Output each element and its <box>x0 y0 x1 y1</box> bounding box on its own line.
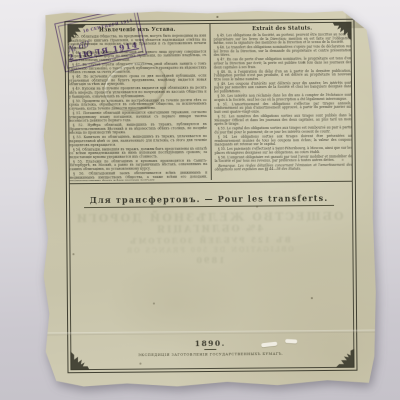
year-label: 1890. <box>43 338 377 350</box>
statute-paragraph: § 55. Платежи по облигаціямъ и купонамъ … <box>70 159 208 172</box>
column-divider <box>209 24 211 180</box>
statute-paragraph: § 45. Les obligations de la Société, au … <box>213 33 351 46</box>
paper-sheet: Извлеченіе изъ Устава. § 45. Облигаціи О… <box>40 9 377 390</box>
statute-paragraph: § 49. Les coupons d'intérêts sont délivr… <box>213 81 351 94</box>
statutes-column-french: Extrait des Statuts. § 45. Les obligatio… <box>213 23 352 180</box>
statute-paragraph: § 51. Погашеніе облигацій производится е… <box>69 110 207 123</box>
paragraphs-french: § 45. Les obligations de la Société, au … <box>213 33 352 172</box>
statute-paragraph: § 53. Капиталъ по облигаціямъ, вышедшимъ… <box>69 135 207 148</box>
statute-paragraph: § 48. Si, à l'expiration du délai d'un a… <box>213 69 351 82</box>
footer-block: 1890. ЭКСПЕДИЦІЯ ЗАГОТОВЛЕНІЯ ГОСУДАРСТВ… <box>43 338 377 361</box>
ghost-line: 1890 <box>42 254 376 267</box>
show-through-ghost-text: ОБЩЕСТВО ЖЕЛѢЗНОЙ ДОРОГИ4% ОБЛИГАЦІЯВЪ 1… <box>42 209 376 268</box>
statute-paragraph: Remarque. Les règles détaillées concerna… <box>214 163 352 172</box>
printer-imprint-label: ЭКСПЕДИЦІЯ ЗАГОТОВЛЕНІЯ ГОСУДАРСТВЕННЫХЪ… <box>138 352 283 356</box>
column-heading-french: Extrait des Statuts. <box>213 25 351 32</box>
transfer-heading-label: Для трансфертовъ. — Pour les transferts. <box>84 193 335 208</box>
statute-paragraph: § 52. Нумера облигацій, вышедшихъ въ тир… <box>69 123 207 136</box>
statute-paragraph: § 51. L'amortissement des obligations s'… <box>214 102 352 115</box>
statute-paragraph: § 47. En cas de perte d'une obligation n… <box>213 57 351 70</box>
transfer-section-heading: Для трансфертовъ. — Pour les transferts. <box>42 186 376 208</box>
statute-paragraph: § 54. Облигаціи, вышедшія въ тиражъ, дол… <box>70 147 208 160</box>
statute-paragraph: § 56. Облигаціонный заемъ обезпечивается… <box>70 171 208 181</box>
statute-paragraph: § 46. Le transfert des obligations nomin… <box>213 45 351 58</box>
statute-paragraph: § 54. Les obligations sorties aux tirage… <box>214 134 352 147</box>
scuff-mark <box>285 339 297 343</box>
bond-document-photo: Извлеченіе изъ Устава. § 45. Облигаціи О… <box>40 9 377 390</box>
paper-specks <box>40 11 42 13</box>
